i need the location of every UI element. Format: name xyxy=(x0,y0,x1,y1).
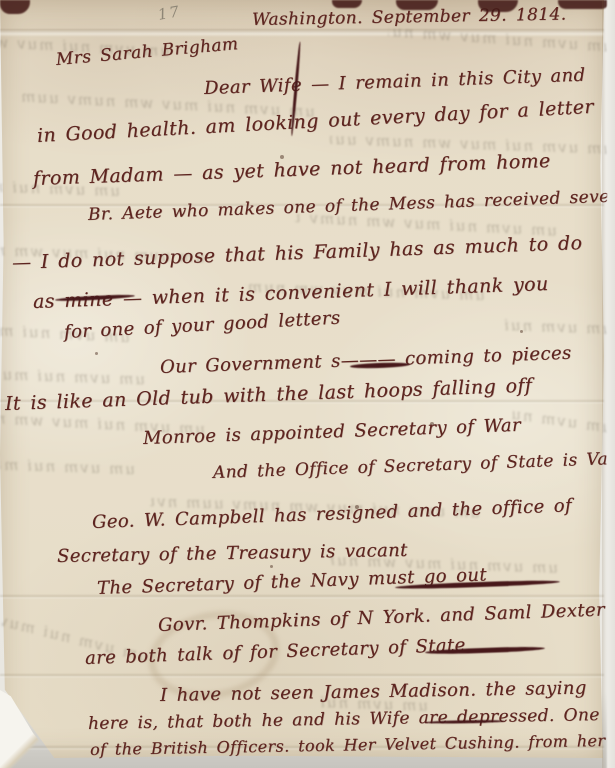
ink-speck xyxy=(95,352,98,355)
ink-blob-top-edge xyxy=(478,0,518,12)
ink-speck xyxy=(520,330,523,333)
fold-crease xyxy=(0,594,604,599)
ink-blob-top-edge xyxy=(332,0,362,8)
fold-crease xyxy=(0,673,604,678)
paper-right-edge xyxy=(602,0,615,768)
ink-speck xyxy=(270,565,273,568)
ghost-line: um uvm nui muv wm numv uum nvu mui vum n… xyxy=(502,316,613,340)
letter-scan: um uvm nui muv wm numv uum nvu mui vum n… xyxy=(0,0,615,768)
ink-blob-top-edge xyxy=(396,0,438,10)
